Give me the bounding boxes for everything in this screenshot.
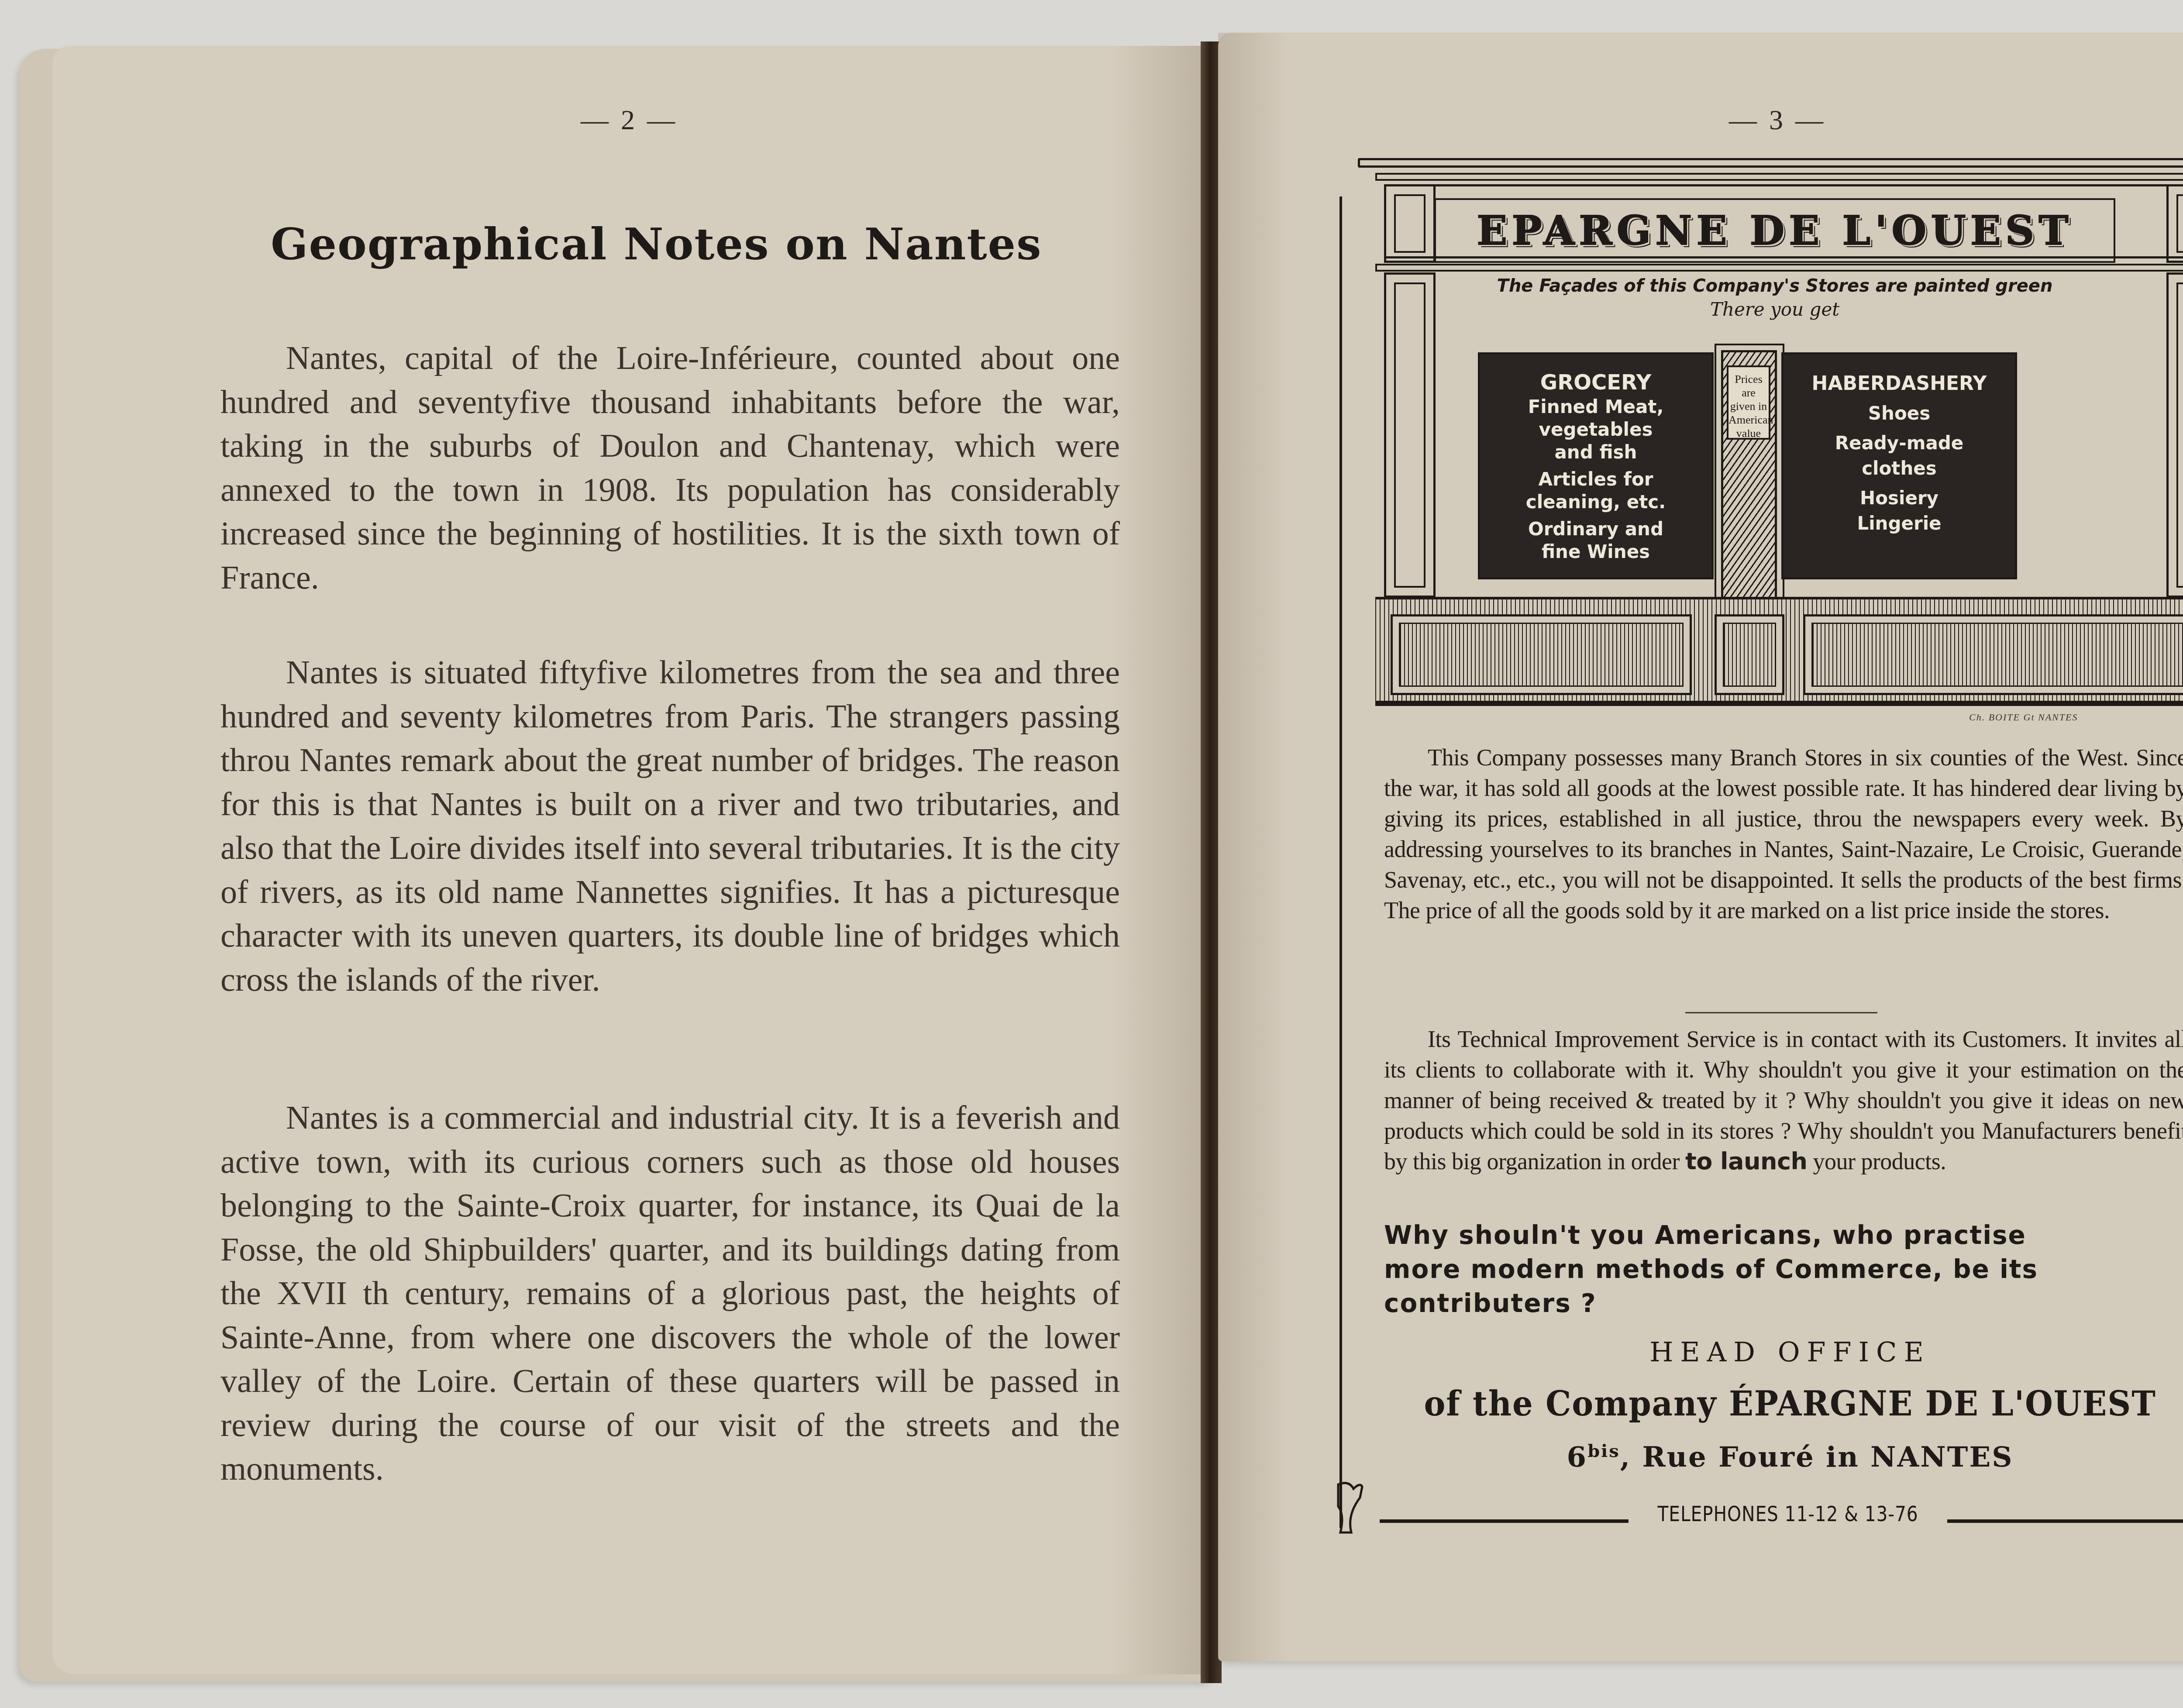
- store-sign-text: EPARGNE DE L'OUEST: [1477, 207, 2073, 254]
- appeal-line: Why shouln't you Americans, who practise: [1384, 1218, 2183, 1252]
- lintel: [1375, 264, 2183, 272]
- paragraph-3: Nantes is a commercial and industrial ci…: [220, 1096, 1120, 1491]
- tagline-facades: The Façades of this Company's Stores are…: [1434, 276, 2115, 296]
- store-sign: EPARGNE DE L'OUEST: [1434, 198, 2115, 263]
- window-heading: HABERDASHERY: [1784, 371, 2015, 396]
- paragraph-text: your products.: [1807, 1148, 1946, 1174]
- window-grocery: GROCERY Finned Meat, vegetables and fish…: [1478, 352, 1714, 579]
- door-price-sign: Prices are given in American value: [1727, 365, 1770, 440]
- window-line: Shoes: [1784, 401, 2015, 426]
- cornice-top: [1358, 158, 2183, 168]
- window-line: cleaning, etc.: [1480, 491, 1711, 513]
- pilaster-right: [2166, 272, 2183, 598]
- head-office-heading: HEAD OFFICE: [1340, 1336, 2183, 1368]
- appeal-to-americans: Why shouln't you Americans, who practise…: [1384, 1218, 2183, 1320]
- cornice-lower: [1375, 173, 2183, 181]
- window-line: Finned Meat,: [1480, 396, 1711, 418]
- window-line: clothes: [1784, 456, 2015, 481]
- appeal-line: contributers ?: [1384, 1286, 2183, 1320]
- window-line: Ready-made: [1784, 430, 2015, 456]
- window-line: vegetables: [1480, 418, 1711, 441]
- window-haberdashery: HABERDASHERY Shoes Ready-made clothes Ho…: [1781, 352, 2017, 579]
- paragraph-1: Nantes, capital of the Loire-Inférieure,…: [220, 336, 1120, 599]
- paragraph-2: Nantes is situated fiftyfive kilometres …: [220, 651, 1120, 1002]
- address-line: 6bis, Rue Fouré in NANTES: [1340, 1441, 2183, 1474]
- sign-pilaster-right: [2166, 184, 2183, 263]
- paragraph-text: Nantes, capital of the Loire-Inférieure,…: [220, 336, 1120, 599]
- window-line: Hosiery: [1784, 486, 2015, 511]
- sign-line: given in: [1728, 399, 1769, 413]
- rule-left: [1380, 1519, 1629, 1523]
- paragraph-text: Nantes is a commercial and industrial ci…: [220, 1096, 1120, 1491]
- address-number: 6: [1567, 1441, 1588, 1474]
- pilaster-left: [1384, 272, 1436, 598]
- page-title: Geographical Notes on Nantes: [271, 218, 1042, 270]
- sign-line: value: [1728, 427, 1769, 440]
- window-line: Ordinary and: [1480, 518, 1711, 541]
- base-panel-right: [1803, 614, 2183, 695]
- sign-pilaster-left: [1384, 184, 1436, 263]
- company-name-line: of the Company ÉPARGNE DE L'OUEST: [1367, 1384, 2183, 1424]
- sign-line: American: [1728, 413, 1769, 427]
- storefront-illustration: EPARGNE DE L'OUEST The Façades of this C…: [1358, 158, 2183, 716]
- sign-line: Prices are: [1728, 372, 1769, 399]
- appeal-line: more modern methods of Commerce, be its: [1384, 1252, 2183, 1286]
- telephone-row: TELEPHONES 11-12 & 13-76: [1340, 1502, 2183, 1532]
- paragraph-text: This Company possesses many Branch Store…: [1384, 742, 2183, 926]
- technical-service-paragraph: Its Technical Improvement Service is in …: [1384, 1024, 2183, 1177]
- window-line: fine Wines: [1480, 541, 1711, 563]
- divider-rule: [1685, 1012, 1877, 1013]
- address-street: , Rue Fouré in NANTES: [1620, 1441, 2014, 1474]
- engraver-credit: Ch. BOITE Gt NANTES: [1969, 712, 2078, 723]
- window-heading: GROCERY: [1480, 371, 1711, 394]
- tagline-there-you-get: There you get: [1434, 299, 2115, 320]
- paragraph-text: Nantes is situated fiftyfive kilometres …: [220, 651, 1120, 1002]
- emphasis-to-launch: to launch: [1685, 1147, 1808, 1175]
- window-line: Lingerie: [1784, 511, 2015, 536]
- address-bis: bis: [1587, 1441, 1620, 1461]
- company-description: This Company possesses many Branch Store…: [1384, 742, 2183, 926]
- page-number-left: — 2 —: [581, 104, 678, 136]
- telephone-numbers: TELEPHONES 11-12 & 13-76: [1656, 1502, 1920, 1526]
- base-panel-door: [1715, 614, 1784, 695]
- corner-ornament-left-icon: [1336, 1480, 1375, 1537]
- page-number-right: — 3 —: [1729, 104, 1826, 136]
- window-line: and fish: [1480, 441, 1711, 464]
- rule-right: [1947, 1519, 2183, 1523]
- base-panel-left: [1391, 614, 1692, 695]
- window-line: Articles for: [1480, 468, 1711, 491]
